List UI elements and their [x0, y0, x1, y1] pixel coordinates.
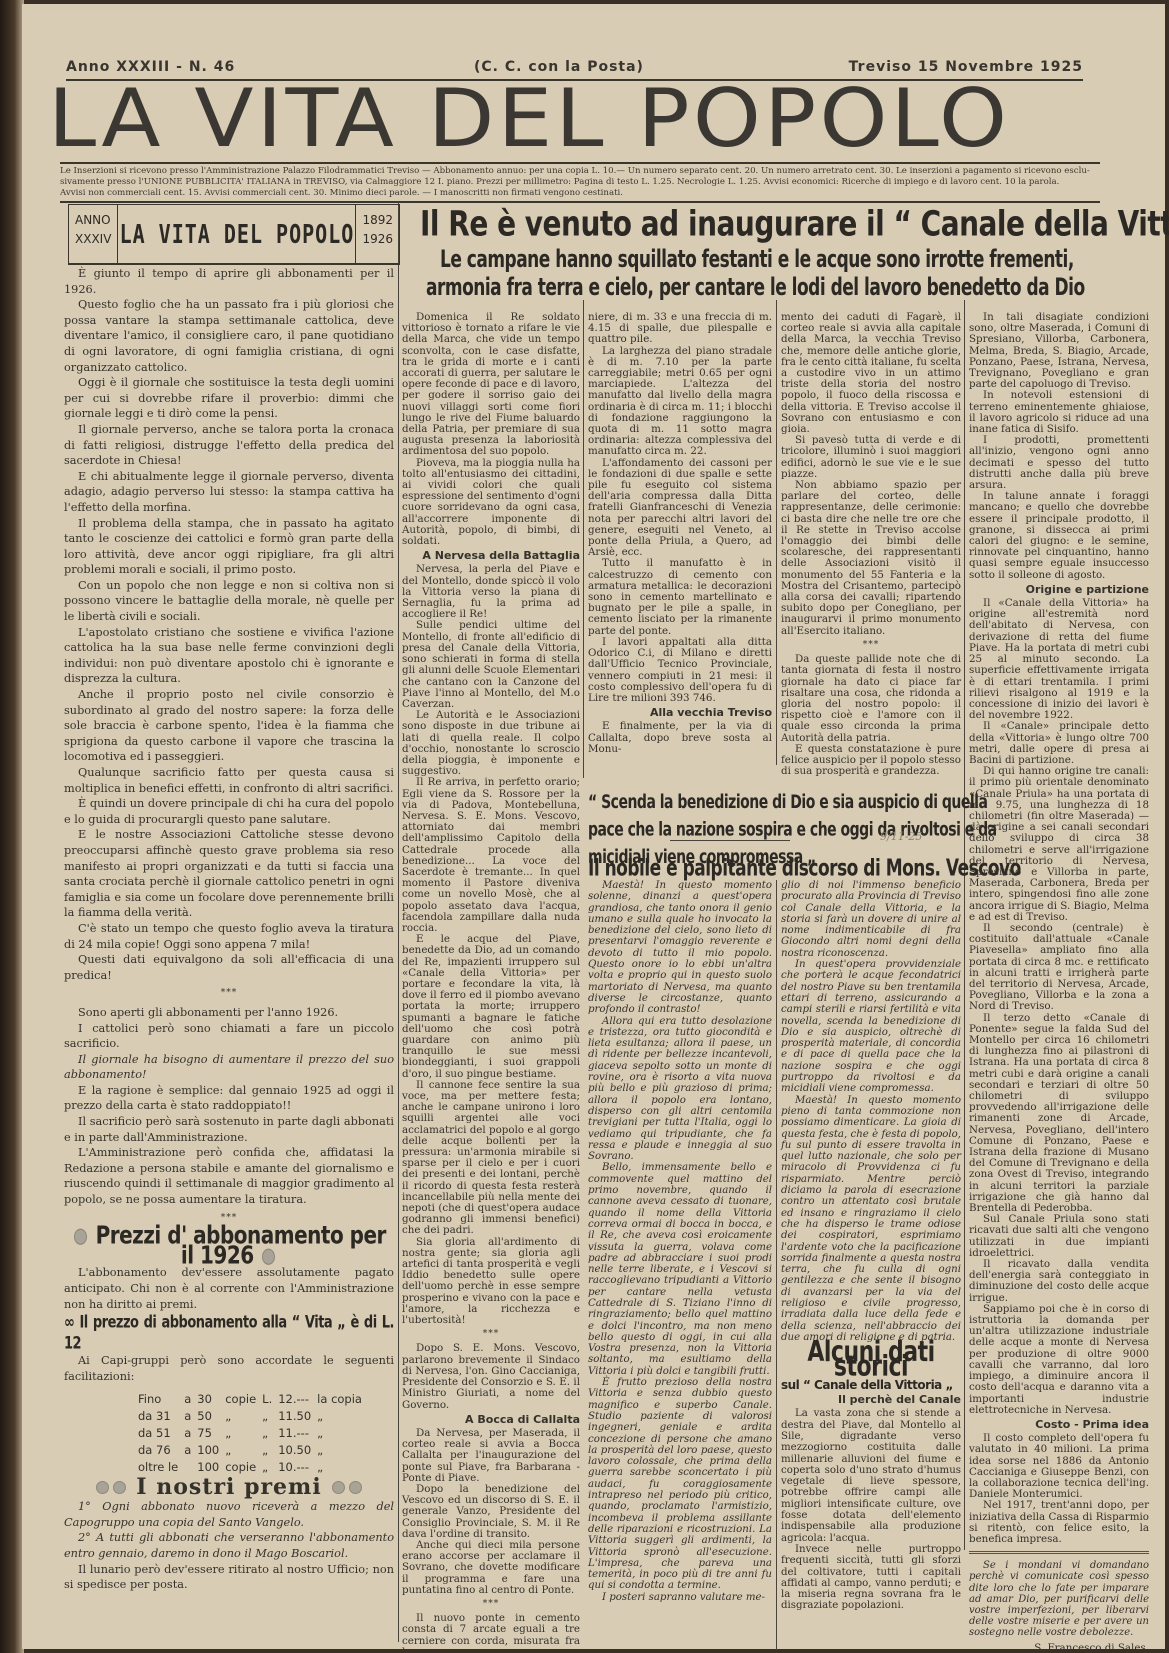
paragraph: In notevoli estensioni di terreno eminen…: [969, 390, 1149, 435]
ornament-icon: [349, 1481, 362, 1494]
section-subheading: Alla vecchia Treviso: [588, 707, 772, 718]
paragraph: mento dei caduti di Fagarè, il corteo re…: [781, 312, 961, 435]
paragraph: Da Nervesa, per Maserada, il corteo real…: [402, 1428, 580, 1484]
paragraph: Sia gloria all'ardimento di nostra gente…: [402, 1237, 580, 1327]
paragraph: L'apostolato cristiano che sostiene e vi…: [64, 625, 394, 687]
table-row: da 31a50„„11.50„: [138, 1408, 368, 1425]
paragraph: È giunto il tempo di aprire gli abboname…: [64, 266, 394, 297]
box-anno: ANNO: [75, 211, 111, 230]
column-1-article: È giunto il tempo di aprire gli abboname…: [64, 266, 394, 1593]
paragraph: Invece nelle purtroppo frequenti siccità…: [781, 1544, 961, 1612]
ornament-icon: [74, 1229, 87, 1245]
paragraph: Dopo la benedizione del Vescovo ed un di…: [402, 1484, 580, 1540]
prezzo-vita-text: Il prezzo di abbonamento alla “ Vita „ è…: [64, 1314, 394, 1354]
imprint-line: Le Inserzioni si ricevono presso l'Ammin…: [60, 166, 1100, 177]
prezzi-heading-text: Prezzi d' abbonamento per il 1926: [96, 1220, 386, 1269]
paragraph: Qualunque sacrificio fatto per questa ca…: [64, 765, 394, 796]
paragraph: L'Amministrazione però confida che, affi…: [64, 1145, 394, 1207]
section-subheading: A Bocca di Callalta: [402, 1414, 580, 1425]
column-rule: [776, 880, 777, 1650]
paragraph: In talune annate i foraggi mancano; e qu…: [969, 491, 1149, 581]
paragraph: E le nostre Associazioni Cattoliche stes…: [64, 827, 394, 921]
prezzo-vita-heading: ∞ Il prezzo di abbonamento alla “ Vita „…: [64, 1314, 394, 1355]
paragraph: glio di noi l'immenso beneficio procurat…: [781, 880, 961, 959]
paragraph: La larghezza del piano stradale è di m. …: [588, 346, 772, 458]
column-2-article: Domenica il Re soldato vittorioso è torn…: [402, 312, 580, 1653]
table-row: da 51a75„„11.---„: [138, 1425, 368, 1442]
sales-quote: Se i mondani vi domandano perchè vi comu…: [969, 1560, 1149, 1638]
column-rule: [398, 202, 399, 1642]
paragraph: Sono aperti gli abbonamenti per l'anno 1…: [64, 1005, 394, 1021]
prezzi-heading: Prezzi d' abbonamento per il 1926: [64, 1226, 394, 1265]
paragraph: Di qui hanno origine tre canali: il prim…: [969, 766, 1149, 923]
paragraph: I cattolici però sono chiamati a fare un…: [64, 1021, 394, 1052]
paragraph: I posteri sapranno valutare me-: [588, 1592, 772, 1603]
paragraph: Il giornale ha bisogno di aumentare il p…: [64, 1052, 394, 1083]
paragraph: Il lunario però dev'essere ritirato al n…: [64, 1562, 394, 1593]
section-subheading: Origine e partizione: [969, 584, 1149, 595]
paragraph: Il costo completo dell'opera fu valutato…: [969, 1433, 1149, 1500]
newspaper-title: LA VITA DEL POPOLO: [48, 78, 1169, 160]
paragraph: Dopo S. E. Mons. Vescovo, parlarono brev…: [402, 1343, 580, 1410]
book-binding-spine: [0, 0, 24, 1653]
paragraph: Nel 1917, trent'anni dopo, per iniziativ…: [969, 1500, 1149, 1545]
paragraph: Il «Canale della Vittoria» ha origine al…: [969, 598, 1149, 721]
ornament-icon: [332, 1481, 345, 1494]
paragraph: C'è stato un tempo che questo foglio ave…: [64, 921, 394, 952]
paragraph: Il problema della stampa, che in passato…: [64, 516, 394, 578]
paragraph: Nervesa, la perla del Piave e del Montel…: [402, 564, 580, 620]
paragraph: E la ragione è semplice: dal gennaio 192…: [64, 1083, 394, 1114]
column-rule: [964, 300, 965, 1550]
table-row: Finoa30copieL.12.---la copia: [138, 1391, 368, 1408]
box-anno-number: XXXIV: [75, 230, 111, 249]
premio-item: 1° Ogni abbonato nuovo riceverà a mezzo …: [64, 1499, 394, 1530]
paragraph: I lavori appaltati alla ditta Odorico C.…: [588, 637, 772, 704]
section-subheading: Il perchè del Canale: [781, 1394, 961, 1405]
paragraph: Ai Capi-gruppi però sono accordate le se…: [64, 1353, 394, 1384]
paragraph: In quest'opera provvidenziale che porter…: [781, 959, 961, 1095]
premio-item: 2° A tutti gli abbonati che verseranno l…: [64, 1530, 394, 1561]
paragraph: I prodotti, promettenti all'inizio, veng…: [969, 435, 1149, 491]
paragraph: Il giornale perverso, anche se talora po…: [64, 422, 394, 469]
premi-heading-text: I nostri premi: [136, 1474, 321, 1500]
paragraph: In tali disagiate condizioni sono, oltre…: [969, 312, 1149, 390]
paragraph: Sul Canale Priula sono stati ricavati du…: [969, 1214, 1149, 1259]
quote-attribution: S. Francesco di Sales.: [969, 1643, 1149, 1653]
paragraph: Domenica il Re soldato vittorioso è torn…: [402, 312, 580, 458]
ornament-icon: [262, 1248, 275, 1264]
price-table: Finoa30copieL.12.---la copia da 31a50„„1…: [138, 1391, 368, 1476]
main-headline: Il Re è venuto ad inaugurare il “ Canale…: [420, 203, 1160, 246]
paragraph: Le Autorità e le Associazioni sono dispo…: [402, 710, 580, 777]
imprint-line: sivamente presso l'UNIONE PUBBLICITA' IT…: [60, 177, 1100, 188]
section-separator: ***: [402, 1599, 580, 1610]
section-separator: ***: [781, 640, 961, 651]
paragraph: E finalmente, per la via di Callalta, do…: [588, 721, 772, 755]
subhead-line: armonia fra terra e cielo, per cantare l…: [426, 270, 1146, 306]
column-rule: [776, 300, 777, 765]
paragraph: La vasta zona che si stende a destra del…: [781, 1408, 961, 1544]
vescovo-speech-col-a: Maestà! In questo momento solenne, dinan…: [588, 880, 772, 1603]
premi-heading: I nostri premi: [64, 1480, 394, 1496]
ornament-icon: ∞: [64, 1314, 79, 1334]
paragraph: Sappiamo poi che è in corso di istruttor…: [969, 1304, 1149, 1416]
paragraph: Non abbiamo spazio per parlare del corte…: [781, 480, 961, 637]
section-separator: ***: [402, 1329, 580, 1340]
section-subheading: Costo - Prima idea: [969, 1419, 1149, 1430]
section-separator: ***: [64, 986, 394, 1002]
ornament-icon: [113, 1481, 126, 1494]
paragraph: Il sacrificio però sarà sostenuto in par…: [64, 1114, 394, 1145]
column-3-article: niere, di m. 33 e una freccia di m. 4.15…: [588, 312, 772, 755]
section-subheading: A Nervesa della Battaglia: [402, 550, 580, 561]
ornament-icon: [96, 1481, 109, 1494]
paragraph: Maestà! In questo momento pieno di tanta…: [781, 1095, 961, 1344]
paragraph: È quindi un dovere principale di chi ha …: [64, 796, 394, 827]
paragraph: Pioveva, ma la pioggia nulla ha tolto al…: [402, 458, 580, 548]
paragraph: Il secondo (centrale) è costituito dall'…: [969, 923, 1149, 1013]
column-rule: [583, 300, 584, 778]
paragraph: E questa constatazione è pure felice aus…: [781, 744, 961, 778]
subscription-box-header: ANNOXXXIV LA VITA DEL POPOLO 18921926: [68, 204, 400, 265]
column-4-article: mento dei caduti di Fagarè, il corteo re…: [781, 312, 961, 777]
divider: [670, 840, 790, 841]
paragraph: Questi dati equivalgono da soli all'effi…: [64, 952, 394, 983]
paragraph: È frutto prezioso della nostra Vittoria …: [588, 1377, 772, 1592]
paragraph: E chi abitualmente legge il giornale per…: [64, 469, 394, 516]
box-year-start: 1892: [362, 211, 393, 230]
vescovo-speech-col-b: glio di noi l'immenso beneficio procurat…: [781, 880, 961, 1612]
box-title: LA VITA DEL POPOLO: [118, 196, 355, 271]
paragraph: Il ricavato dalla vendita dell'energia s…: [969, 1259, 1149, 1304]
paragraph: niere, di m. 33 e una freccia di m. 4.15…: [588, 312, 772, 346]
paragraph: Maestà! In questo momento solenne, dinan…: [588, 880, 772, 1016]
paragraph: Allora qui era tutto desolazione e trist…: [588, 1016, 772, 1163]
paragraph: Questo foglio che ha un passato fra i pi…: [64, 297, 394, 375]
table-row: da 76a100„„10.50„: [138, 1442, 368, 1459]
paragraph: Il Re arriva, in perfetto orario; Egli v…: [402, 777, 580, 934]
paragraph: E le acque del Piave, benedette da Dio, …: [402, 934, 580, 1080]
paragraph: Il cannone fece sentire la sua voce, ma …: [402, 1080, 580, 1237]
paragraph: Anche qui dieci mila persone erano accor…: [402, 1540, 580, 1596]
paragraph: Anche il proprio posto nel civile consor…: [64, 687, 394, 765]
ornamental-divider: [969, 1551, 1149, 1554]
paragraph: L'abbonamento dev'essere assolutamente p…: [64, 1265, 394, 1312]
handwritten-annotation: 9/11-25: [880, 830, 922, 843]
paragraph: Bello, immensamente bello e commovente q…: [588, 1162, 772, 1377]
paragraph: Da queste pallide note che di tanta gior…: [781, 654, 961, 744]
paragraph: Tutto il manufatto è in calcestruzzo di …: [588, 558, 772, 636]
paragraph: Sulle pendici ultime del Montello, di fr…: [402, 620, 580, 710]
dati-storici-heading: Alcuni dati storici: [781, 1346, 961, 1375]
paragraph: Il terzo detto «Canale di Ponente» segue…: [969, 1013, 1149, 1215]
box-year-end: 1926: [362, 230, 393, 249]
column-6-article: In tali disagiate condizioni sono, oltre…: [969, 312, 1149, 1653]
paragraph: Il «Canale» principale detto della «Vitt…: [969, 721, 1149, 766]
paragraph: Si pavesò tutta di verde e di tricolore,…: [781, 435, 961, 480]
paragraph: Il nuovo ponte in cemento consta di 7 ar…: [402, 1613, 580, 1653]
vescovo-heading: Il nobile e palpitante discorso di Mons.…: [588, 855, 1003, 882]
paragraph: L'affondamento dei cassoni per le fondaz…: [588, 458, 772, 559]
paragraph: Oggi è il giornale che sostituisce la te…: [64, 375, 394, 422]
paragraph: Con un popolo che non legge e non si col…: [64, 578, 394, 625]
